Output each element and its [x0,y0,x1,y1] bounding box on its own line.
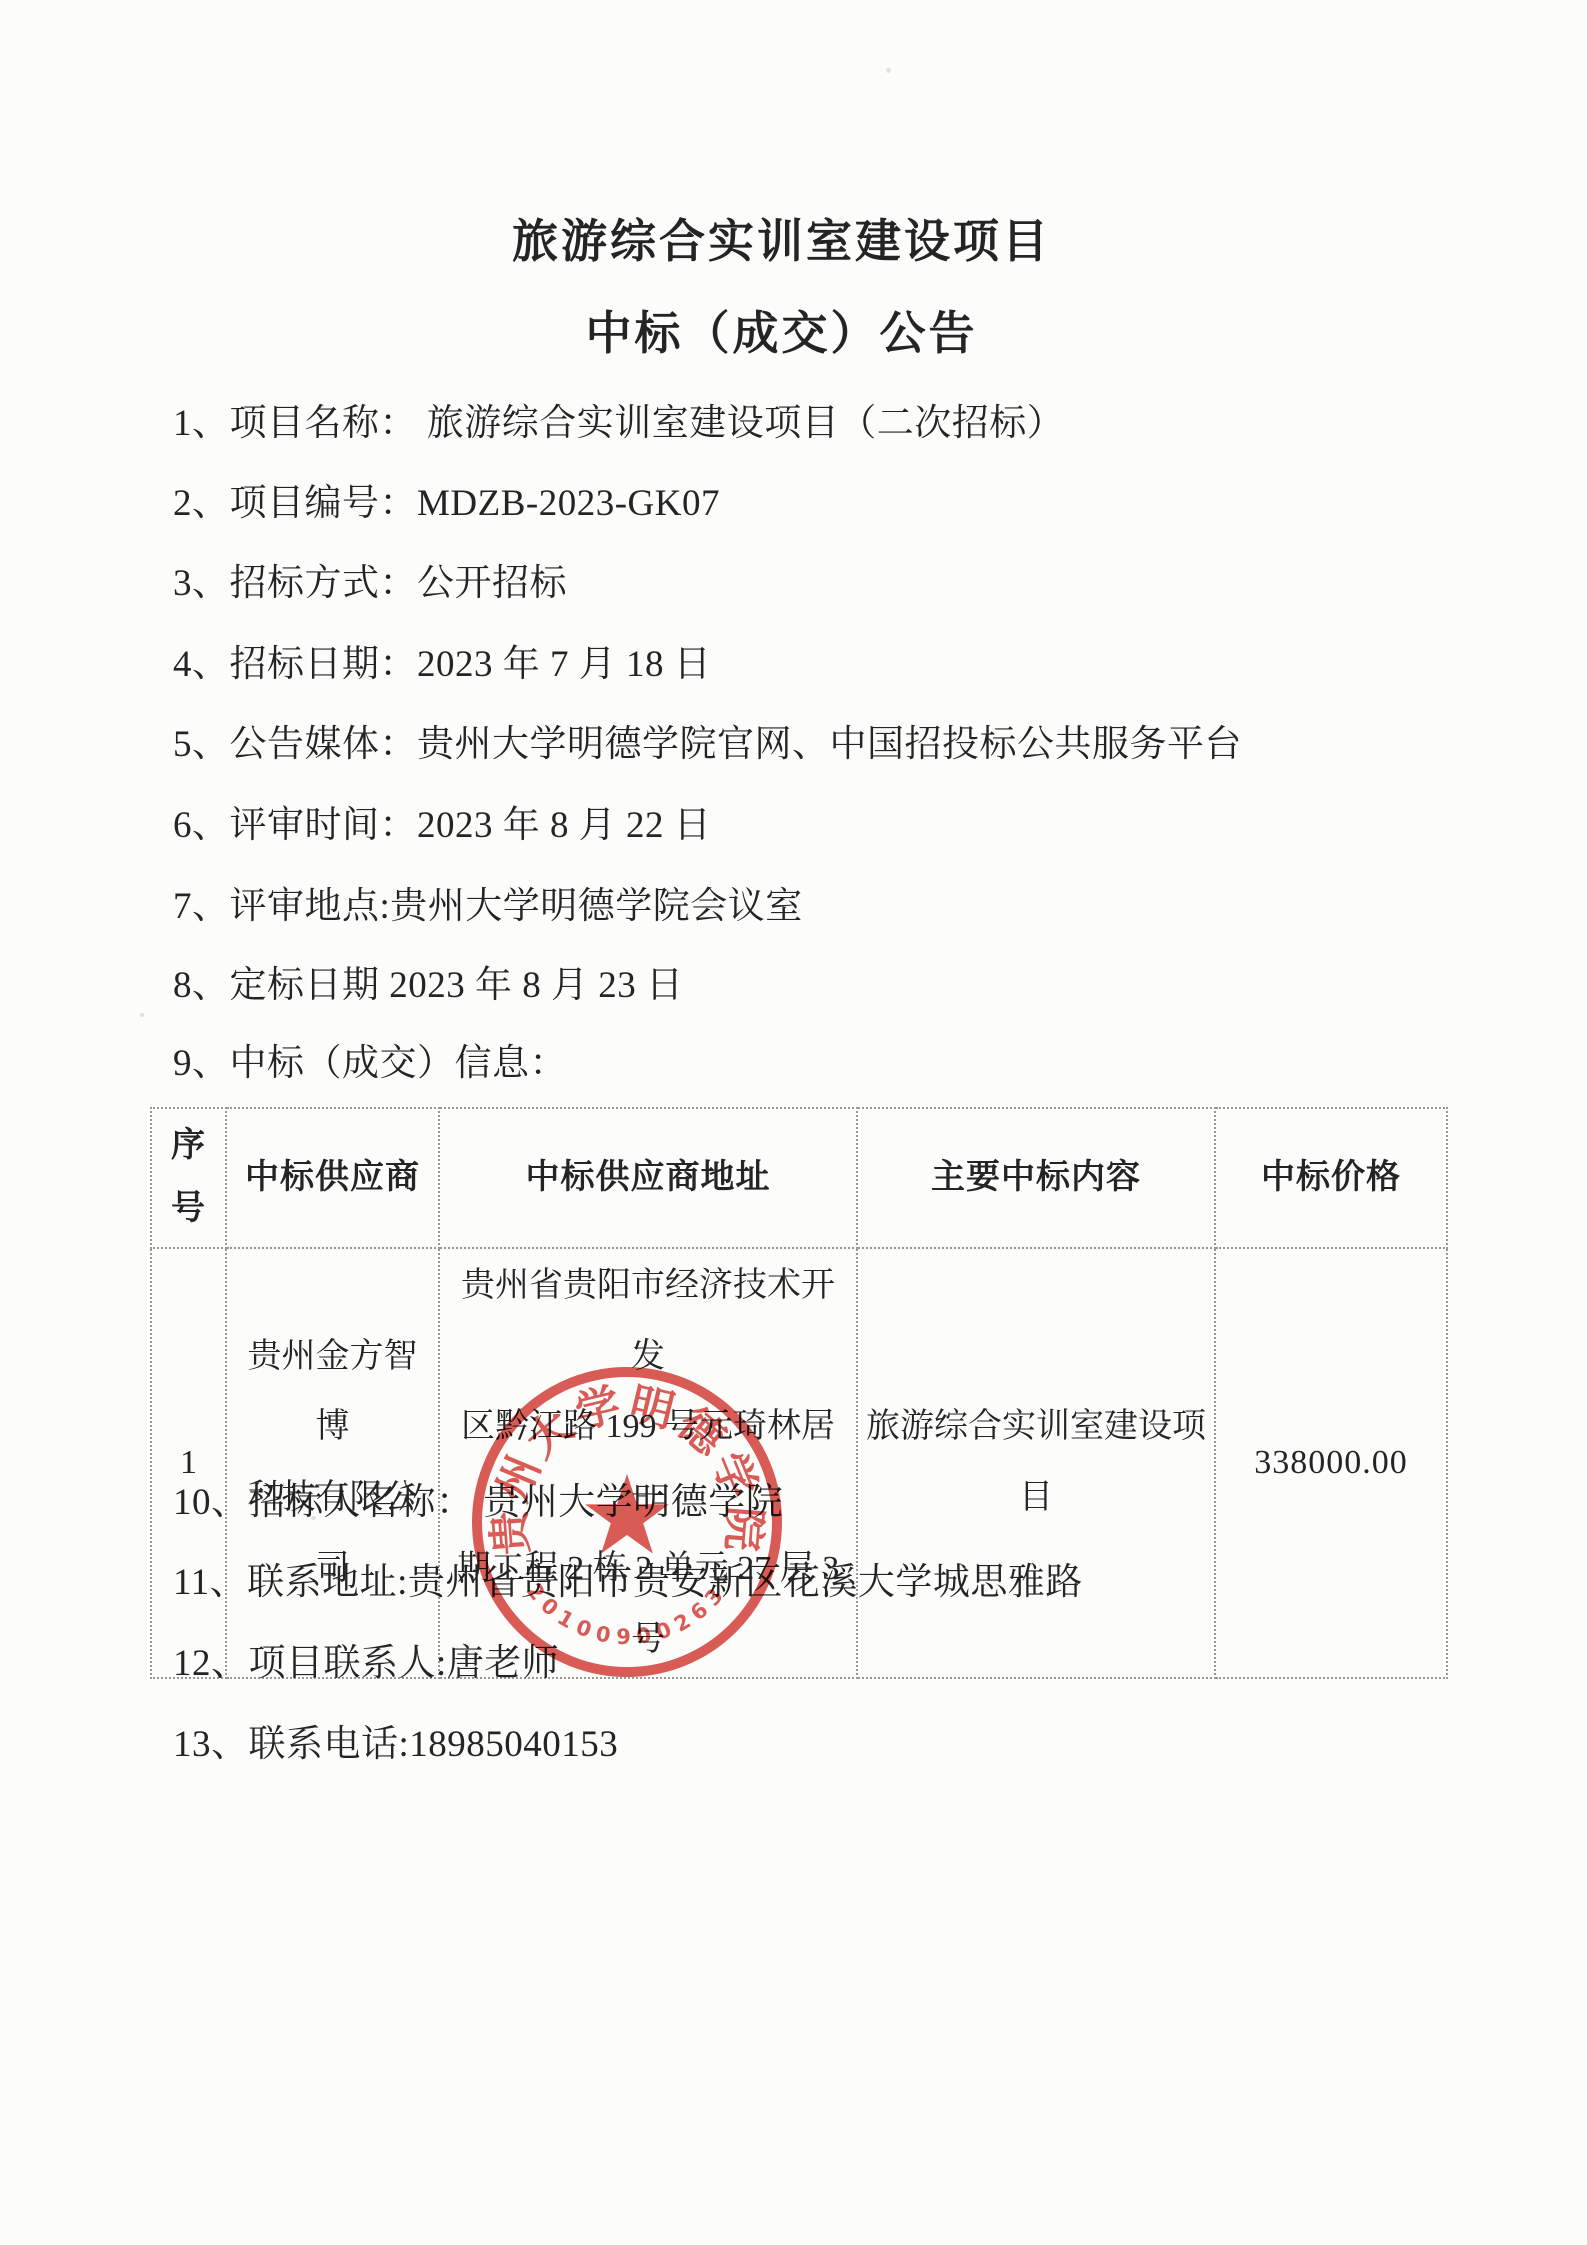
document-title-line2: 中标（成交）公告 [130,297,1433,363]
item-2-project-number: 2、项目编号：MDZB-2023-GK07 [173,481,720,527]
item-11-contact-address: 11、联系地址:贵州省贵阳市贵安新区花溪大学城思雅路 [173,1560,1083,1606]
item-6-review-time: 6、评审时间：2023 年 8 月 22 日 [173,803,711,849]
header-award-price: 中标价格 [1215,1108,1447,1248]
scan-speck [311,1516,316,1520]
scan-speck [886,68,891,73]
cell-supplier-address: 贵州省贵阳市经济技术开发 区黔江路 199 号元琦林居一 期工程 2 栋 2 单… [439,1248,857,1678]
document-title-line1: 旅游综合实训室建设项目 [130,205,1433,271]
scan-speck [140,1013,144,1017]
cell-serial-number: 1 [151,1248,226,1678]
cell-main-content: 旅游综合实训室建设项 目 [857,1248,1215,1678]
item-4-bidding-date: 4、招标日期：2023 年 7 月 18 日 [173,642,711,688]
header-main-content: 主要中标内容 [857,1108,1215,1248]
item-3-bidding-method: 3、招标方式：公开招标 [173,561,567,607]
document-content: 旅游综合实训室建设项目 中标（成交）公告 1、项目名称： 旅游综合实训室建设项目… [130,0,1433,2245]
header-serial-number: 序号 [151,1108,226,1248]
table-row: 1 贵州金方智博 科技有限公司 贵州省贵阳市经济技术开发 区黔江路 199 号元… [151,1248,1447,1678]
item-1-project-name: 1、项目名称： 旅游综合实训室建设项目（二次招标） [173,401,1064,447]
header-supplier-address: 中标供应商地址 [439,1108,857,1248]
table-header-row: 序号 中标供应商 中标供应商地址 主要中标内容 中标价格 [151,1108,1447,1248]
item-7-review-location: 7、评审地点:贵州大学明德学院会议室 [173,884,803,930]
item-13-contact-phone: 13、联系电话:18985040153 [173,1722,618,1768]
item-5-announcement-media: 5、公告媒体：贵州大学明德学院官网、中国招投标公共服务平台 [173,722,1242,768]
item-9-award-info-label: 9、中标（成交）信息： [173,1041,567,1087]
item-12-project-contact: 12、项目联系人:唐老师 [173,1641,559,1687]
scanned-document-page: 旅游综合实训室建设项目 中标（成交）公告 1、项目名称： 旅游综合实训室建设项目… [0,0,1587,2245]
header-supplier: 中标供应商 [226,1108,439,1248]
item-8-award-date: 8、定标日期 2023 年 8 月 23 日 [173,963,684,1009]
item-10-tenderer-name: 10、招标人名称： 贵州大学明德学院 [173,1480,783,1526]
cell-award-price: 338000.00 [1215,1248,1447,1678]
cell-supplier: 贵州金方智博 科技有限公司 [226,1248,439,1678]
